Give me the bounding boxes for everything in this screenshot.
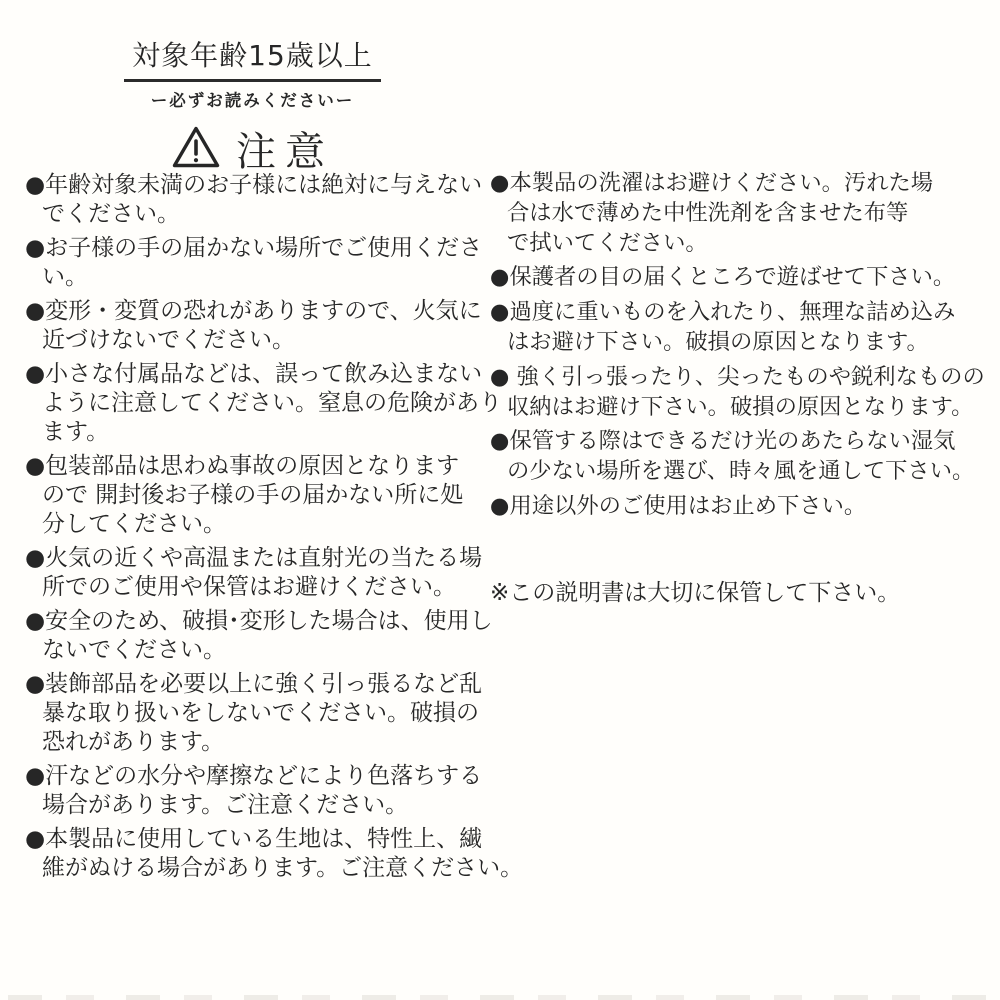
warning-line: 近づけないでください。	[25, 326, 493, 355]
warning-item: ●年齢対象未満のお子様には絶対に与えない でください。	[25, 171, 493, 229]
warning-line: 所でのご使用や保管はお避けください。	[25, 573, 493, 602]
warning-item: ●本製品の洗濯はお避けください。汚れた場 合は水で薄めた中性洗剤を含ませた布等 …	[490, 169, 995, 258]
warning-line: 合は水で薄めた中性洗剤を含ませた布等	[490, 199, 995, 229]
warning-line: い。	[25, 263, 493, 292]
warning-item: ●お子様の手の届かない場所でご使用くださ い。	[25, 234, 493, 292]
warning-line: ます。	[25, 418, 493, 447]
warning-line: ●火気の近くや高温または直射光の当たる場	[25, 544, 493, 573]
warning-triangle-icon	[171, 125, 221, 173]
caution-title: 注意	[236, 120, 334, 177]
warning-item: ●安全のため、破損･変形した場合は、使用し ないでください。	[25, 607, 493, 665]
warning-item: ● 強く引っ張ったり、尖ったものや鋭利なものの 収納はお避け下さい。破損の原因と…	[490, 363, 995, 423]
warning-line: ●装飾部品を必要以上に強く引っ張るなど乱	[25, 670, 493, 699]
warning-line: ●本製品に使用している生地は、特性上、繊	[25, 825, 493, 854]
warning-line: ように注意してください。窒息の危険があり	[25, 389, 493, 418]
warning-item: ●用途以外のご使用はお止め下さい。	[490, 492, 995, 522]
warning-line: ●用途以外のご使用はお止め下さい。	[490, 492, 995, 522]
keep-manual-footnote: ※この説明書は大切に保管して下さい。	[490, 579, 995, 609]
warning-item: ●本製品に使用している生地は、特性上、繊 維がぬける場合があります。ご注意くださ…	[25, 825, 493, 883]
warning-item: ●過度に重いものを入れたり、無理な詰め込み はお避け下さい。破損の原因となります…	[490, 298, 995, 358]
warning-line: ● 強く引っ張ったり、尖ったものや鋭利なものの	[490, 363, 995, 393]
warning-line: 維がぬける場合があります。ご注意ください。	[25, 854, 493, 883]
warning-line: 収納はお避け下さい。破損の原因となります。	[490, 393, 995, 423]
cutoff-print-remnant	[8, 995, 992, 1000]
warning-line: 恐れがあります。	[25, 728, 493, 757]
warning-line: はお避け下さい。破損の原因となります。	[490, 328, 995, 358]
warning-line: ので 開封後お子様の手の届かない所に処	[25, 481, 493, 510]
caution-title-row: 注意	[0, 120, 505, 177]
warning-line: でください。	[25, 200, 493, 229]
warning-line: ●年齢対象未満のお子様には絶対に与えない	[25, 171, 493, 200]
must-read-note: ー必ずお読みくださいー	[0, 87, 505, 111]
warning-line: ●保管する際はできるだけ光のあたらない湿気	[490, 427, 995, 457]
warning-item: ●装飾部品を必要以上に強く引っ張るなど乱 暴な取り扱いをしないでください。破損の…	[25, 670, 493, 757]
warning-item: ●保管する際はできるだけ光のあたらない湿気 の少ない場所を選び、時々風を通して下…	[490, 427, 995, 487]
warning-line: 分してください。	[25, 510, 493, 539]
warning-line: ●包装部品は思わぬ事故の原因となります	[25, 452, 493, 481]
instruction-sheet: 対象年齢15歳以上 ー必ずお読みくださいー 注意 ●年齢対象未満のお子様には絶対…	[0, 0, 1000, 1000]
warning-item: ●小さな付属品などは、誤って飲み込まない ように注意してください。窒息の危険があ…	[25, 360, 493, 447]
warning-line: ●本製品の洗濯はお避けください。汚れた場	[490, 169, 995, 199]
warnings-column-right: ●本製品の洗濯はお避けください。汚れた場 合は水で薄めた中性洗剤を含ませた布等 …	[490, 169, 995, 609]
warning-line: ●小さな付属品などは、誤って飲み込まない	[25, 360, 493, 389]
header: 対象年齢15歳以上 ー必ずお読みくださいー 注意	[0, 34, 505, 177]
warning-line: 場合があります。ご注意ください。	[25, 791, 493, 820]
warning-item: ●包装部品は思わぬ事故の原因となります ので 開封後お子様の手の届かない所に処 …	[25, 452, 493, 539]
warning-item: ●火気の近くや高温または直射光の当たる場 所でのご使用や保管はお避けください。	[25, 544, 493, 602]
warning-item: ●汗などの水分や摩擦などにより色落ちする 場合があります。ご注意ください。	[25, 762, 493, 820]
warning-item: ●変形・変質の恐れがありますので、火気に 近づけないでください。	[25, 297, 493, 355]
warning-line: 暴な取り扱いをしないでください。破損の	[25, 699, 493, 728]
warning-line: の少ない場所を選び、時々風を通して下さい。	[490, 457, 995, 487]
warnings-column-left: ●年齢対象未満のお子様には絶対に与えない でください。 ●お子様の手の届かない場…	[25, 171, 493, 888]
age-limit-heading: 対象年齢15歳以上	[124, 34, 381, 82]
warning-line: ●保護者の目の届くところで遊ばせて下さい。	[490, 263, 995, 293]
warning-line: ないでください。	[25, 636, 493, 665]
warning-line: ●変形・変質の恐れがありますので、火気に	[25, 297, 493, 326]
warning-line: で拭いてください。	[490, 229, 995, 259]
warning-item: ●保護者の目の届くところで遊ばせて下さい。	[490, 263, 995, 293]
warning-line: ●過度に重いものを入れたり、無理な詰め込み	[490, 298, 995, 328]
warning-line: ●汗などの水分や摩擦などにより色落ちする	[25, 762, 493, 791]
warning-line: ●安全のため、破損･変形した場合は、使用し	[25, 607, 493, 636]
warning-line: ●お子様の手の届かない場所でご使用くださ	[25, 234, 493, 263]
